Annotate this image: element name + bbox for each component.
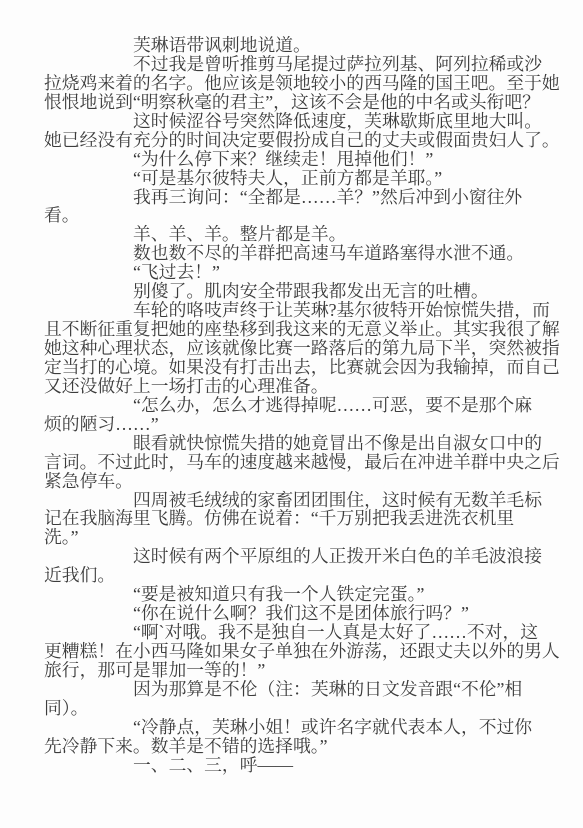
text-line: 数也数不尽的羊群把高速马车道路塞得水泄不通。 — [44, 244, 569, 263]
text-line: “飞过去！” — [44, 263, 569, 282]
text-line: 她已经没有充分的时间决定要假扮成自己的丈夫或假面贵妇人了。 — [44, 131, 569, 150]
text-line: 记在我脑海里飞腾。仿佛在说着：“千万别把我丢进洗衣机里 — [44, 509, 569, 528]
text-line: 芙琳语带讽刺地说道。 — [44, 36, 569, 55]
text-line: 紧急停车。 — [44, 472, 569, 491]
text-line: 一、二、三，呼—— — [44, 756, 569, 775]
text-line: 且不断征重复把她的座垫移到我这来的无意义举止。其实我很了解 — [44, 320, 569, 339]
text-line: “你在说什么啊？我们这不是团体旅行吗？” — [44, 604, 569, 623]
text-line: 又还没做好上一场打击的心理准备。 — [44, 377, 569, 396]
text-line: “怎么办，怎么才逃得掉呢……可恶，要不是那个麻 — [44, 396, 569, 415]
text-line: 烦的陋习……” — [44, 415, 569, 434]
text-line: 近我们。 — [44, 566, 569, 585]
text-line: “啊`对哦。我不是独自一人真是太好了……不对，这 — [44, 623, 569, 642]
text-line: 别傻了。肌肉安全带跟我都发出无言的吐槽。 — [44, 282, 569, 301]
text-line: 先冷静下来。数羊是不错的选择哦。” — [44, 737, 569, 756]
text-line: 看。 — [44, 206, 569, 225]
text-line: 她这种心理状态，应该就像比赛一路落后的第九局下半，突然被指 — [44, 339, 569, 358]
text-line: 羊、羊、羊。整片都是羊。 — [44, 225, 569, 244]
text-line: 定当打的心境。如果没有打击出去，比赛就会因为我输掉，而自己 — [44, 358, 569, 377]
text-line: 这时候有两个平原组的人正拨开米白色的羊毛波浪接 — [44, 547, 569, 566]
novel-text-block: 芙琳语带讽刺地说道。不过我是曾听推剪马尾提过萨拉列基、阿列拉稀或沙拉烧鸡来着的名… — [44, 36, 569, 775]
text-line: 我再三询问：“全都是……羊？”然后冲到小窗往外 — [44, 188, 569, 207]
text-line: 同）。 — [44, 699, 569, 718]
text-line: “为什么停下来？继续走！甩掉他们！” — [44, 150, 569, 169]
text-line: 拉烧鸡来着的名字。他应该是领地较小的西马隆的国王吧。至于她 — [44, 74, 569, 93]
text-line: 洗。” — [44, 528, 569, 547]
text-line: “要是被知道只有我一个人铁定完蛋。” — [44, 585, 569, 604]
text-line: 更糟糕！在小西马隆如果女子单独在外游荡，还跟丈夫以外的男人 — [44, 642, 569, 661]
text-line: 因为那算是不伦（注：芙琳的日文发音跟“不伦”相 — [44, 680, 569, 699]
text-line: “冷静点，芙琳小姐！或许名字就代表本人，不过你 — [44, 718, 569, 737]
text-line: 恨恨地说到“明察秋毫的君主”，这该不会是他的中名或头衔吧？ — [44, 93, 569, 112]
text-line: 四周被毛绒绒的家畜团团围住，这时候有无数羊毛标 — [44, 491, 569, 510]
text-line: 这时候涩谷号突然降低速度，芙琳歇斯底里地大叫。 — [44, 112, 569, 131]
text-line: 旅行，那可是罪加一等的！” — [44, 661, 569, 680]
novel-page: 芙琳语带讽刺地说道。不过我是曾听推剪马尾提过萨拉列基、阿列拉稀或沙拉烧鸡来着的名… — [0, 0, 583, 828]
text-line: 言词。不过此时，马车的速度越来越慢，最后在冲进羊群中央之后 — [44, 453, 569, 472]
text-line: 不过我是曾听推剪马尾提过萨拉列基、阿列拉稀或沙 — [44, 55, 569, 74]
text-line: 车轮的咯吱声终于让芙琳?基尔彼特开始惊慌失措，而 — [44, 301, 569, 320]
text-line: “可是基尔彼特夫人，正前方都是羊耶。” — [44, 169, 569, 188]
text-line: 眼看就快惊慌失措的她竟冒出不像是出自淑女口中的 — [44, 434, 569, 453]
